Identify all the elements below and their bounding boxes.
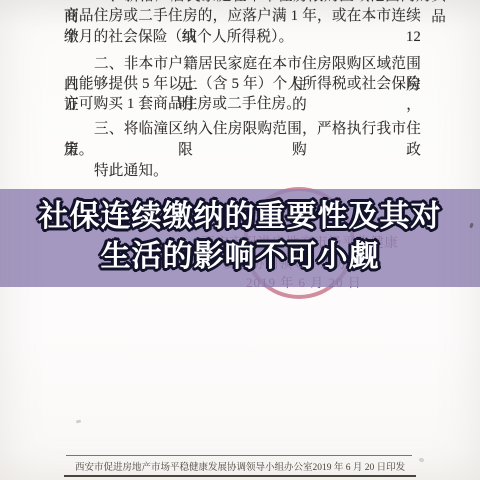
footer-issuer: 西安市促进房地产市场平稳健康发展协调领导小组办公室 [75, 459, 313, 473]
footer-rule-bottom [64, 475, 416, 477]
document-line: 二、非本市户籍居民家庭在本市住房限购区域范围内无住房 [64, 54, 421, 75]
document-line: 商品住房或二手住房的，应落户满 1 年，或在本市连续缴纳 12 [64, 6, 421, 27]
paper-speck [76, 420, 82, 424]
document-line: 策。 [64, 140, 421, 161]
document-line: 方可购买 1 套商品住房或二手住房。 [64, 94, 421, 115]
footer-print-date: 2019 年 6 月 20 日印发 [313, 459, 406, 473]
paper-speck [418, 457, 424, 462]
document-line: 且能够提供 5 年以上（含 5 年）个人所得税或社会保险证明的， [64, 74, 421, 95]
headline-title-line2: 生活的影响不可小觑 [0, 237, 480, 277]
document-line: 特此通知。 [64, 161, 421, 182]
headline-overlay-banner: 社保连续缴纳的重要性及其对 生活的影响不可小觑 [0, 189, 480, 287]
footer-print-row: 西安市促进房地产市场平稳健康发展协调领导小组办公室 2019 年 6 月 20 … [66, 458, 412, 474]
document-line: 三、将临潼区纳入住房限购范围，严格执行我市住房限购政 [64, 119, 421, 140]
document-line: 个月的社会保险（或个人所得税）。 [64, 27, 421, 48]
document-photo: 一、新落户居民家庭在本市住房限购区域范围内购买商品 商品住房或二手住房的，应落户… [0, 0, 480, 480]
footer-rule-top [66, 455, 412, 456]
headline-title-line1: 社保连续缴纳的重要性及其对 [0, 197, 480, 237]
